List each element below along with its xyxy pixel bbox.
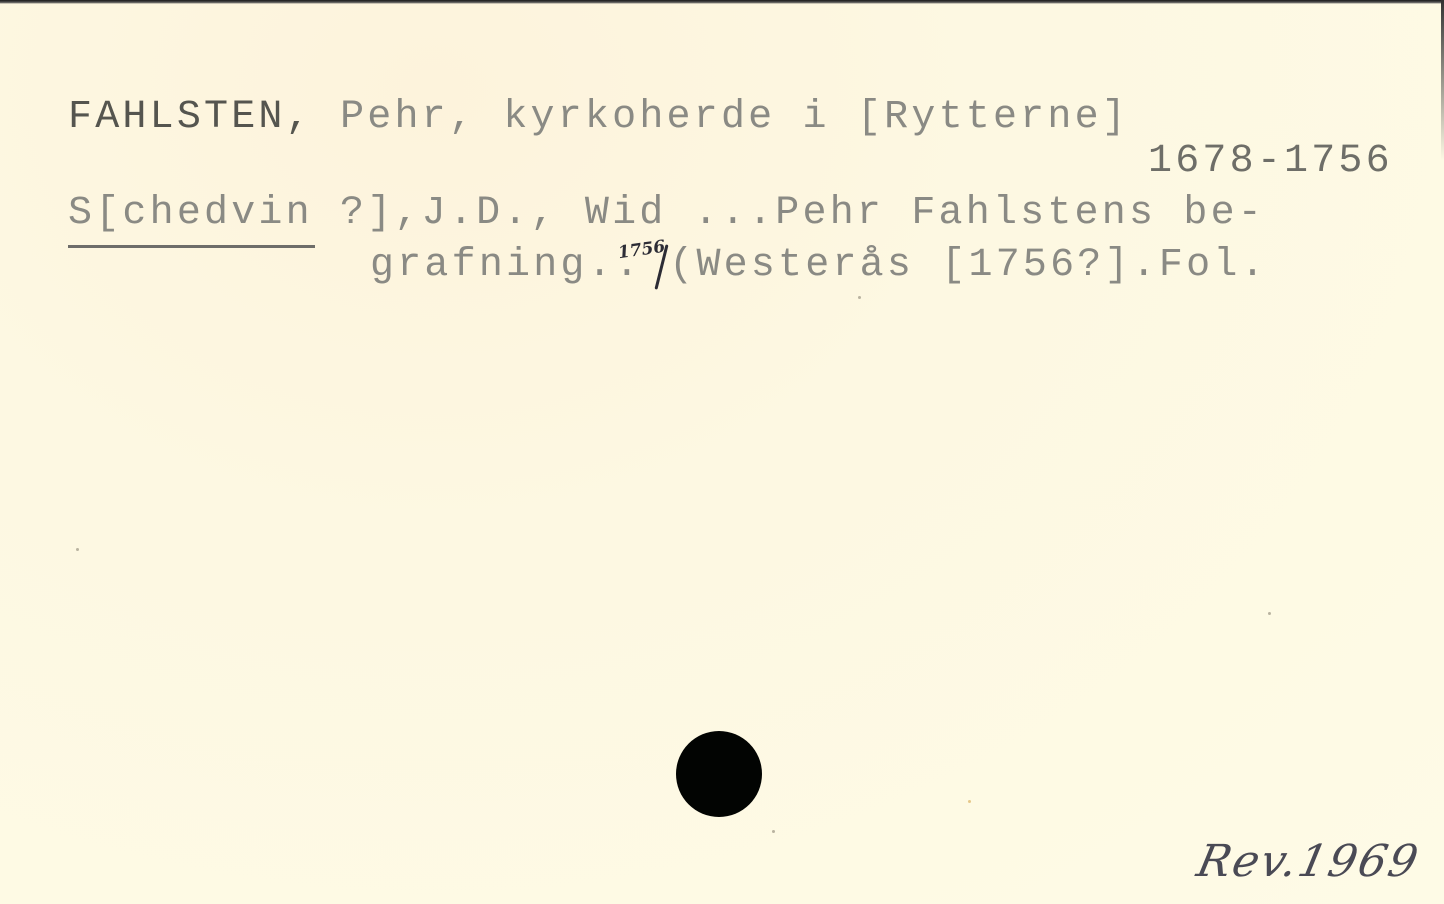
revision-note: Rev.1969 bbox=[1193, 836, 1425, 887]
entry-line-1: S[chedvin ?],J.D., Wid ...Pehr Fahlstens… bbox=[68, 194, 1265, 234]
catalogue-card: FAHLSTEN, Pehr, kyrkoherde i [Rytterne] … bbox=[0, 0, 1444, 904]
paper-speck bbox=[76, 548, 79, 551]
punch-hole bbox=[676, 731, 762, 817]
life-dates: 1678-1756 bbox=[1148, 142, 1393, 182]
card-top-edge bbox=[0, 0, 1444, 4]
heading-surname: FAHLSTEN, bbox=[68, 95, 313, 140]
paper-speck bbox=[968, 800, 971, 803]
heading-line: FAHLSTEN, Pehr, kyrkoherde i [Rytterne] bbox=[68, 98, 1129, 138]
entry-author-text: S[chedvin bbox=[68, 191, 313, 236]
heading-given-name: Pehr, bbox=[340, 95, 476, 140]
entry-title-start: ?],J.D., Wid ...Pehr Fahlstens be- bbox=[313, 191, 1265, 236]
heading-title: kyrkoherde i [Rytterne] bbox=[503, 95, 1129, 140]
entry-author: S[chedvin bbox=[68, 191, 313, 236]
paper-speck bbox=[1268, 612, 1271, 615]
author-underline bbox=[68, 245, 315, 248]
paper-speck bbox=[772, 830, 775, 833]
paper-speck bbox=[858, 296, 861, 299]
entry-line-2: grafning.. (Westerås [1756?].Fol. bbox=[370, 246, 1268, 286]
